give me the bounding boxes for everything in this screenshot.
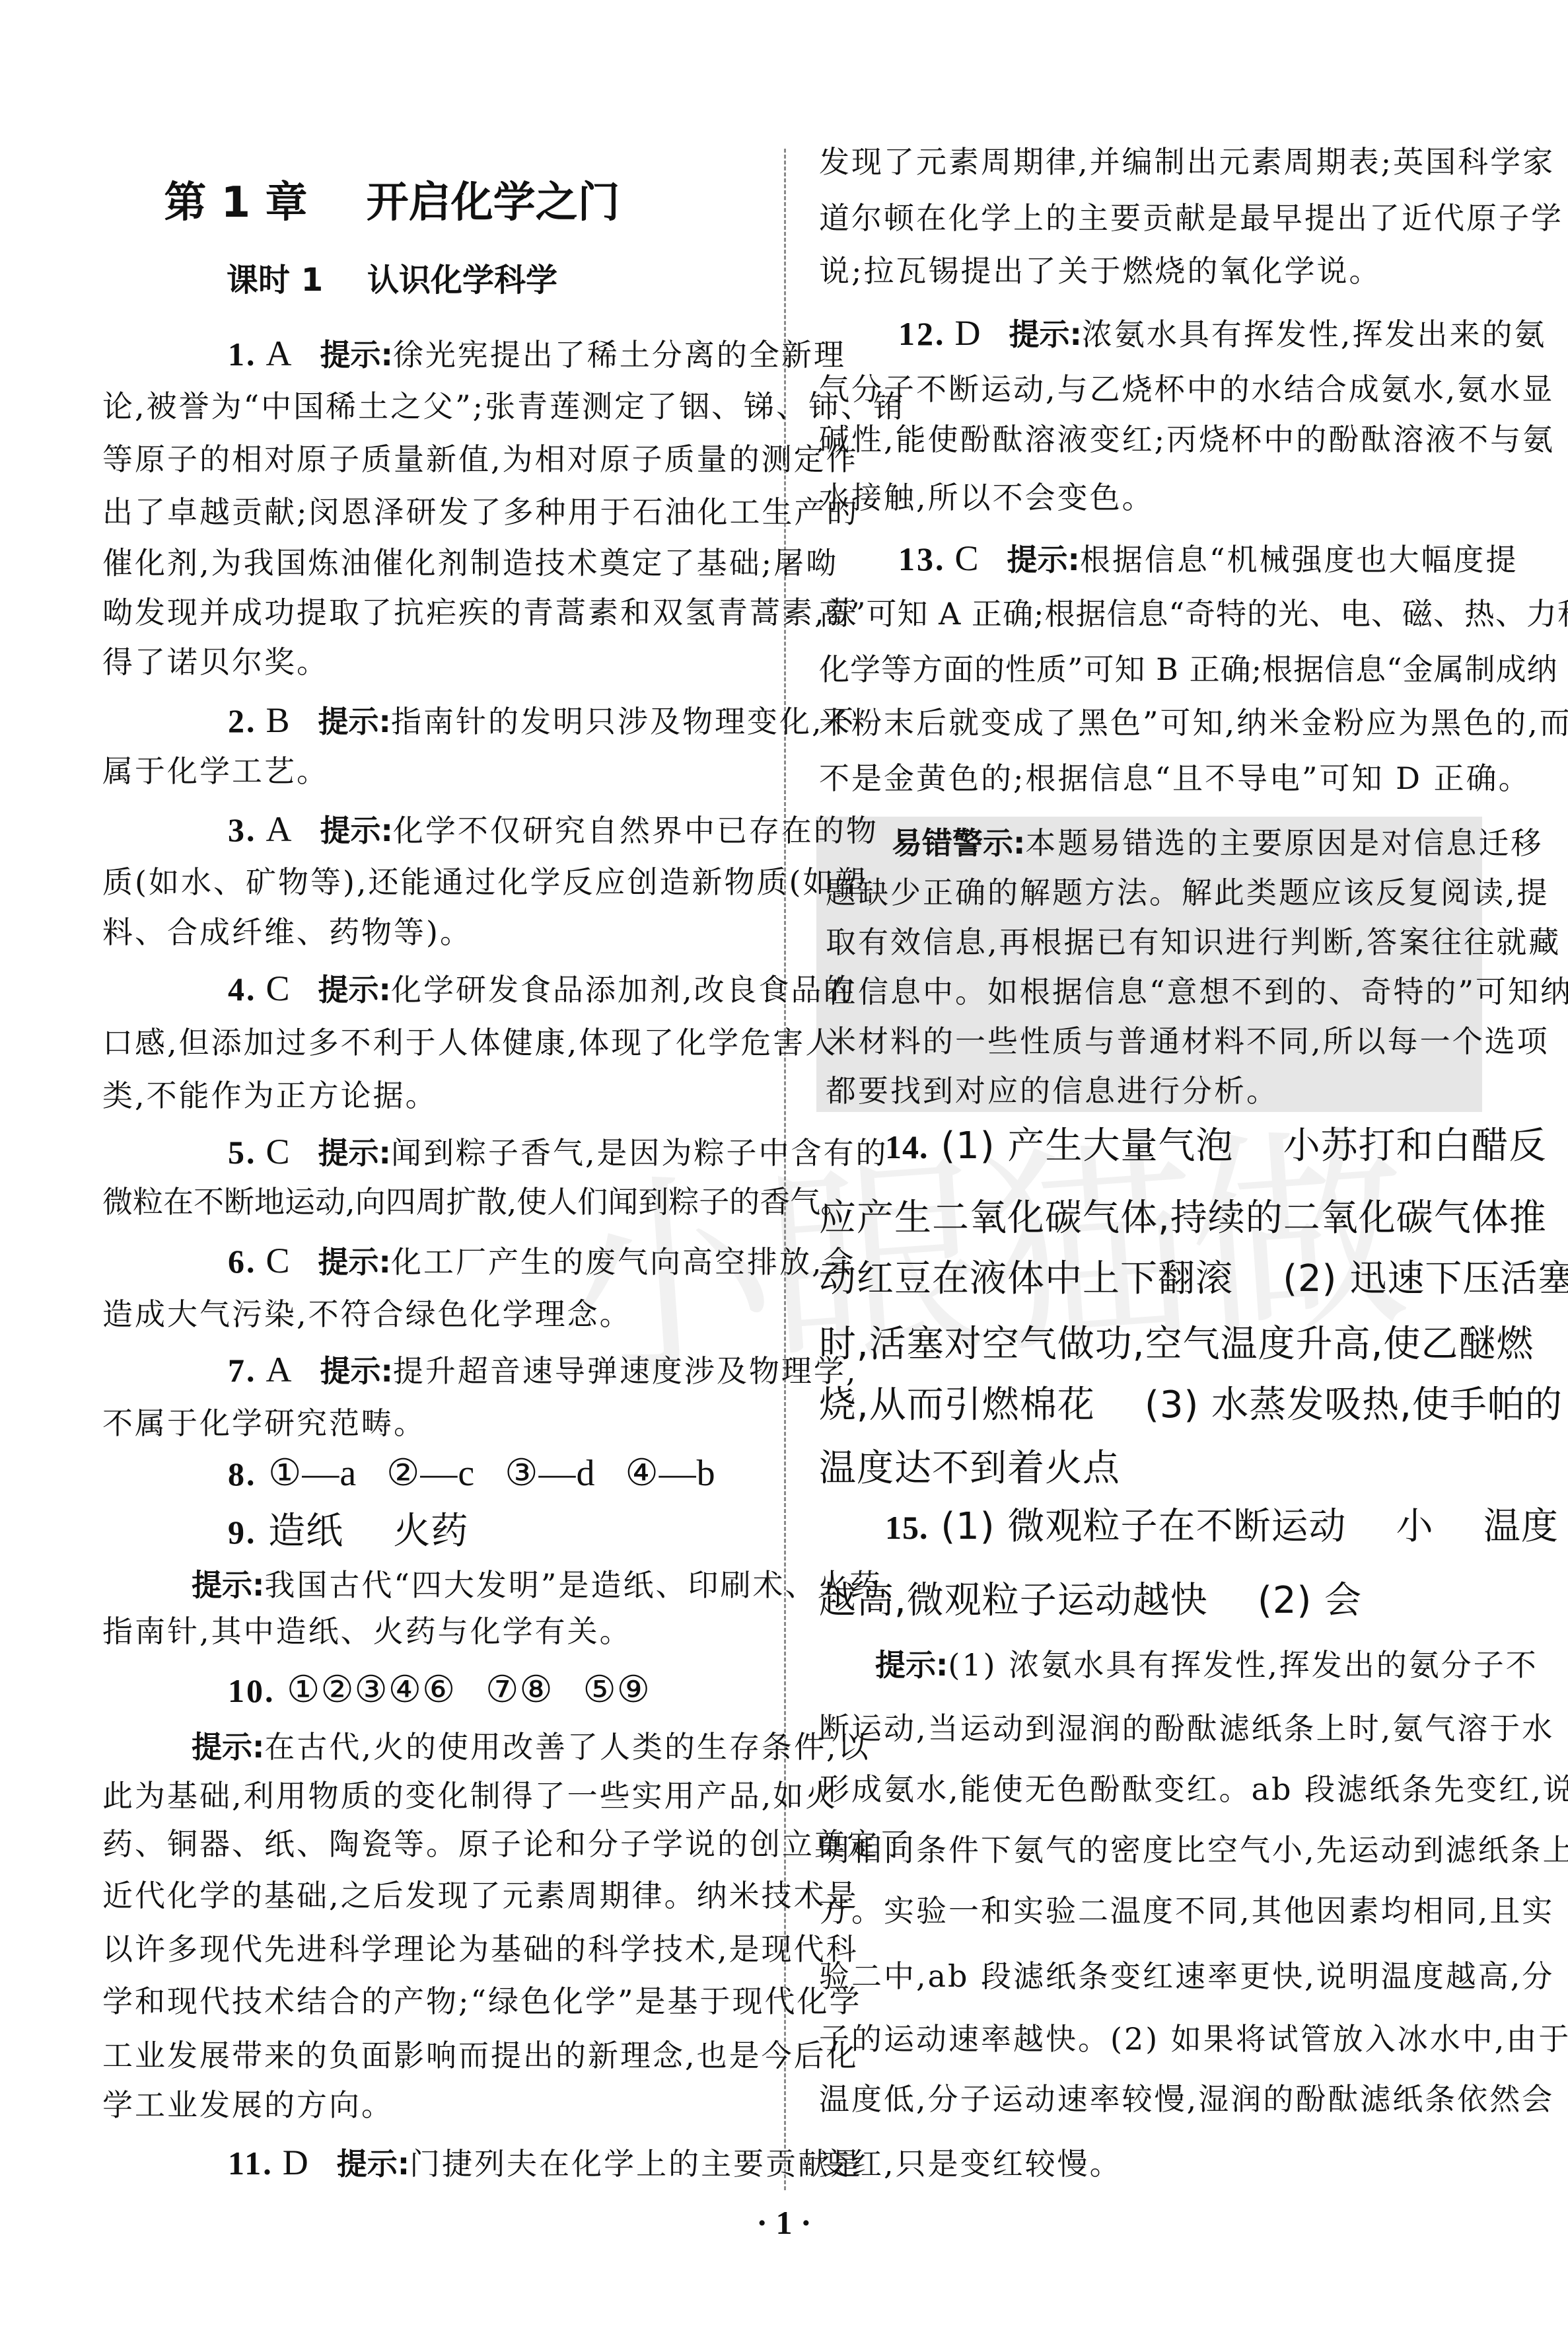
- q14-line-3: 动红豆在液体中上下翻滚 (2) 迅速下压活塞: [819, 1259, 1479, 1299]
- q8-line: 8. ①—a ②—c ③—d ④—b: [102, 1454, 763, 1495]
- q7-line-2: 不属于化学研究范畴。: [102, 1403, 763, 1443]
- q3-line-2: 质(如水、矿物等),还能通过化学反应创造新物质(如塑: [102, 862, 763, 902]
- q15-tip-line-6: 验二中,ab 段滤纸条变红速率更快,说明温度越高,分: [819, 1956, 1479, 1996]
- warning-line-6: 都要找到对应的信息进行分析。: [826, 1071, 1470, 1111]
- q13-line-5: 不是金黄色的;根据信息“且不导电”可知 D 正确。: [819, 758, 1479, 798]
- q7-line-1: 7.A提示:提升超音速导弹速度涉及物理学,: [102, 1350, 763, 1391]
- q10-line: 10. ①②③④⑥ ⑦⑧ ⑤⑨: [102, 1670, 763, 1711]
- q10-tip-line-8: 学工业发展的方向。: [102, 2085, 763, 2125]
- answer-page: 小眼猫做 第 1 章 开启化学之门 课时 1 认识化学科学 1.A提示:徐光宪提…: [0, 0, 1568, 2325]
- q13-line-1: 13.C提示:根据信息“机械强度也大幅度提: [819, 538, 1479, 579]
- q11-line-1: 11.D提示:门捷列夫在化学上的主要贡献是: [102, 2143, 763, 2184]
- q9-line: 9. 造纸 火药: [102, 1512, 763, 1553]
- q11-line-3: 道尔顿在化学上的主要贡献是最早提出了近代原子学: [819, 198, 1479, 238]
- q11-line-4: 说;拉瓦锡提出了关于燃烧的氧化学说。: [819, 251, 1479, 291]
- warning-line-5: 米材料的一些性质与普通材料不同,所以每一个选项: [826, 1021, 1470, 1061]
- q13-line-4: 米粉末后就变成了黑色”可知,纳米金粉应为黑色的,而: [819, 703, 1479, 743]
- q14-line-4: 时,活塞对空气做功,空气温度升高,使乙醚燃: [819, 1325, 1479, 1364]
- q1-line-3: 等原子的相对原子质量新值,为相对原子质量的测定作: [102, 439, 763, 479]
- q1-line-4: 出了卓越贡献;闵恩泽研发了多种用于石油化工生产的: [102, 492, 763, 532]
- q15-tip-line-1: 提示:(1) 浓氨水具有挥发性,挥发出的氨分子不: [819, 1645, 1479, 1685]
- q1-line-1: 1.A提示:徐光宪提出了稀土分离的全新理: [102, 334, 763, 375]
- q11-line-2: 发现了元素周期律,并编制出元素周期表;英国科学家: [819, 142, 1479, 182]
- q4-line-2: 口感,但添加过多不利于人体健康,体现了化学危害人: [102, 1023, 763, 1062]
- q2-line-1: 2.B提示:指南针的发明只涉及物理变化,不: [102, 700, 763, 741]
- warning-line-3: 取有效信息,再根据已有知识进行判断,答案往往就藏: [826, 922, 1470, 962]
- q14-line-2: 应产生二氧化碳气体,持续的二氧化碳气体推: [819, 1199, 1479, 1238]
- warning-line-4: 在信息中。如根据信息“意想不到的、奇特的”可知纳: [826, 972, 1470, 1012]
- q5-line-2: 微粒在不断地运动,向四周扩散,使人们闻到粽子的香气。: [102, 1182, 763, 1222]
- q1-line-7: 得了诺贝尔奖。: [102, 642, 763, 682]
- q5-line-1: 5.C提示:闻到粽子香气,是因为粽子中含有的: [102, 1132, 763, 1173]
- q12-line-1: 12.D提示:浓氨水具有挥发性,挥发出来的氨: [819, 313, 1479, 354]
- q3-line-1: 3.A提示:化学不仅研究自然界中已存在的物: [102, 809, 763, 850]
- lesson-title: 课时 1 认识化学科学: [0, 254, 784, 300]
- q4-line-1: 4.C提示:化学研发食品添加剂,改良食品的: [102, 969, 763, 1010]
- q13-line-2: 高”可知 A 正确;根据信息“奇特的光、电、磁、热、力和: [819, 594, 1479, 634]
- q15-tip-line-2: 断运动,当运动到湿润的酚酞滤纸条上时,氨气溶于水: [819, 1709, 1479, 1748]
- q10-tip-line-6: 学和现代技术结合的产物;“绿色化学”是基于现代化学: [102, 1981, 763, 2021]
- q9-tip-line-1: 提示:我国古代“四大发明”是造纸、印刷术、火药、: [102, 1565, 763, 1605]
- q12-line-3: 碱性,能使酚酞溶液变红;丙烧杯中的酚酞溶液不与氨: [819, 420, 1479, 459]
- q6-line-2: 造成大气污染,不符合绿色化学理念。: [102, 1294, 763, 1334]
- q3-line-3: 料、合成纤维、药物等)。: [102, 912, 763, 952]
- q2-line-2: 属于化学工艺。: [102, 751, 763, 791]
- q10-tip-line-7: 工业发展带来的负面影响而提出的新理念,也是今后化: [102, 2036, 763, 2075]
- q10-tip-line-3: 药、铜器、纸、陶瓷等。原子论和分子学说的创立奠定了: [102, 1824, 763, 1864]
- q10-tip-line-1: 提示:在古代,火的使用改善了人类的生存条件,以: [102, 1727, 763, 1767]
- q14-line-5: 烧,从而引燃棉花 (3) 水蒸发吸热,使手帕的: [819, 1385, 1479, 1425]
- q15-line-1: 15. (1) 微观粒子在不断运动 小 温度: [819, 1507, 1479, 1547]
- q1-line-6: 呦发现并成功提取了抗疟疾的青蒿素和双氢青蒿素,获: [102, 593, 763, 632]
- q15-tip-line-7: 子的运动速率越快。(2) 如果将试管放入冰水中,由于: [819, 2019, 1479, 2059]
- q14-line-1: 14. (1) 产生大量气泡 小苏打和白醋反: [819, 1126, 1479, 1167]
- q10-tip-line-5: 以许多现代先进科学理论为基础的科学技术,是现代科: [102, 1929, 763, 1969]
- q15-tip-line-5: 方。实验一和实验二温度不同,其他因素均相同,且实: [819, 1891, 1479, 1931]
- q10-tip-line-4: 近代化学的基础,之后发现了元素周期律。纳米技术是: [102, 1876, 763, 1915]
- page-number: · 1 ·: [0, 2203, 1568, 2242]
- warning-line-2: 题缺少正确的解题方法。解此类题应该反复阅读,提: [826, 873, 1470, 912]
- q1-line-2: 论,被誉为“中国稀土之父”;张青莲测定了铟、锑、铈、铕: [102, 387, 763, 426]
- q4-line-3: 类,不能作为正方论据。: [102, 1076, 763, 1115]
- q15-tip-line-4: 明相同条件下氨气的密度比空气小,先运动到滤纸条上: [819, 1830, 1479, 1870]
- q1-line-5: 催化剂,为我国炼油催化剂制造技术奠定了基础;屠呦: [102, 543, 763, 583]
- warning-line-1: 易错警示:本题易错选的主要原因是对信息迁移: [826, 823, 1470, 863]
- q12-line-2: 气分子不断运动,与乙烧杯中的水结合成氨水,氨水显: [819, 369, 1479, 409]
- q15-tip-line-9: 变红,只是变红较慢。: [819, 2144, 1479, 2184]
- q6-line-1: 6.C提示:化工厂产生的废气向高空排放,会: [102, 1241, 763, 1282]
- q15-tip-line-3: 形成氨水,能使无色酚酞变红。ab 段滤纸条先变红,说: [819, 1769, 1479, 1809]
- q10-tip-line-2: 此为基础,利用物质的变化制得了一些实用产品,如火: [102, 1776, 763, 1816]
- q13-line-3: 化学等方面的性质”可知 B 正确;根据信息“金属制成纳: [819, 649, 1479, 689]
- q14-line-6: 温度达不到着火点: [819, 1449, 1479, 1489]
- q12-line-4: 水接触,所以不会变色。: [819, 478, 1479, 517]
- chapter-title: 第 1 章 开启化学之门: [0, 168, 784, 229]
- q15-line-2: 越高,微观粒子运动越快 (2) 会: [819, 1581, 1479, 1621]
- q9-tip-line-2: 指南针,其中造纸、火药与化学有关。: [102, 1611, 763, 1651]
- q15-tip-line-8: 温度低,分子运动速率较慢,湿润的酚酞滤纸条依然会: [819, 2079, 1479, 2119]
